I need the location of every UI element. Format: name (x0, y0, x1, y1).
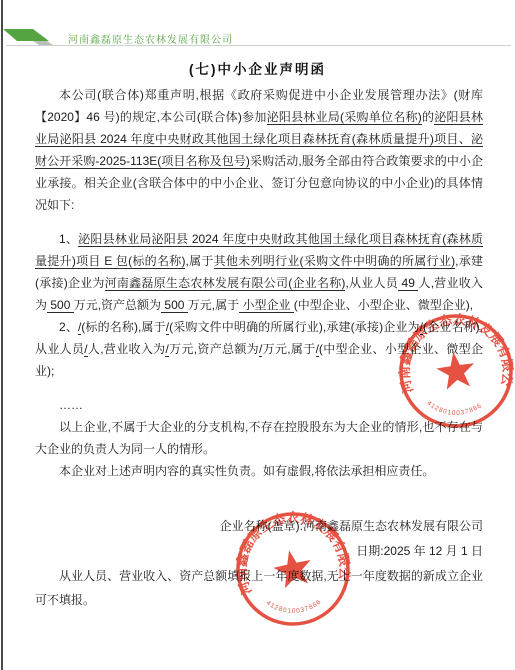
paragraph-declaration-intro: 本公司(联合体)郑重声明,根据《政府采购促进中小企业发展管理办法》(财库【202… (35, 84, 483, 216)
company-seal-stamp: 河南鑫磊原生态农林发展有限公司4128010037866 (222, 498, 364, 640)
svg-text:4128010037866: 4128010037866 (425, 393, 485, 422)
page-title: (七)中小企业声明函 (0, 58, 515, 78)
paragraph-item-1: 1、泌阳县林业局泌阳县 2024 年度中央财政其他国土绿化项目森林抚育(森林质量… (35, 228, 483, 316)
declaration-document-page: 河南鑫磊原生态农林发展有限公司 (七)中小企业声明函 本公司(联合体)郑重声明,… (0, 0, 515, 670)
company-logo-icon (3, 28, 55, 46)
company-seal-stamp: 河南鑫磊原生态农林发展有限公司4128010037866 (388, 303, 515, 439)
scan-edge-line (1, 0, 3, 670)
svg-text:河南鑫磊原生态农林发展有限公司: 河南鑫磊原生态农林发展有限公司 (388, 303, 515, 405)
paragraph-responsibility: 本企业对上述声明内容的真实性负责。如有虚假,将依法承担相应责任。 (35, 460, 483, 482)
header-divider (6, 45, 511, 46)
header-company-name: 河南鑫磊原生态农林发展有限公司 (68, 31, 233, 46)
svg-text:4128010037866: 4128010037866 (264, 589, 324, 621)
